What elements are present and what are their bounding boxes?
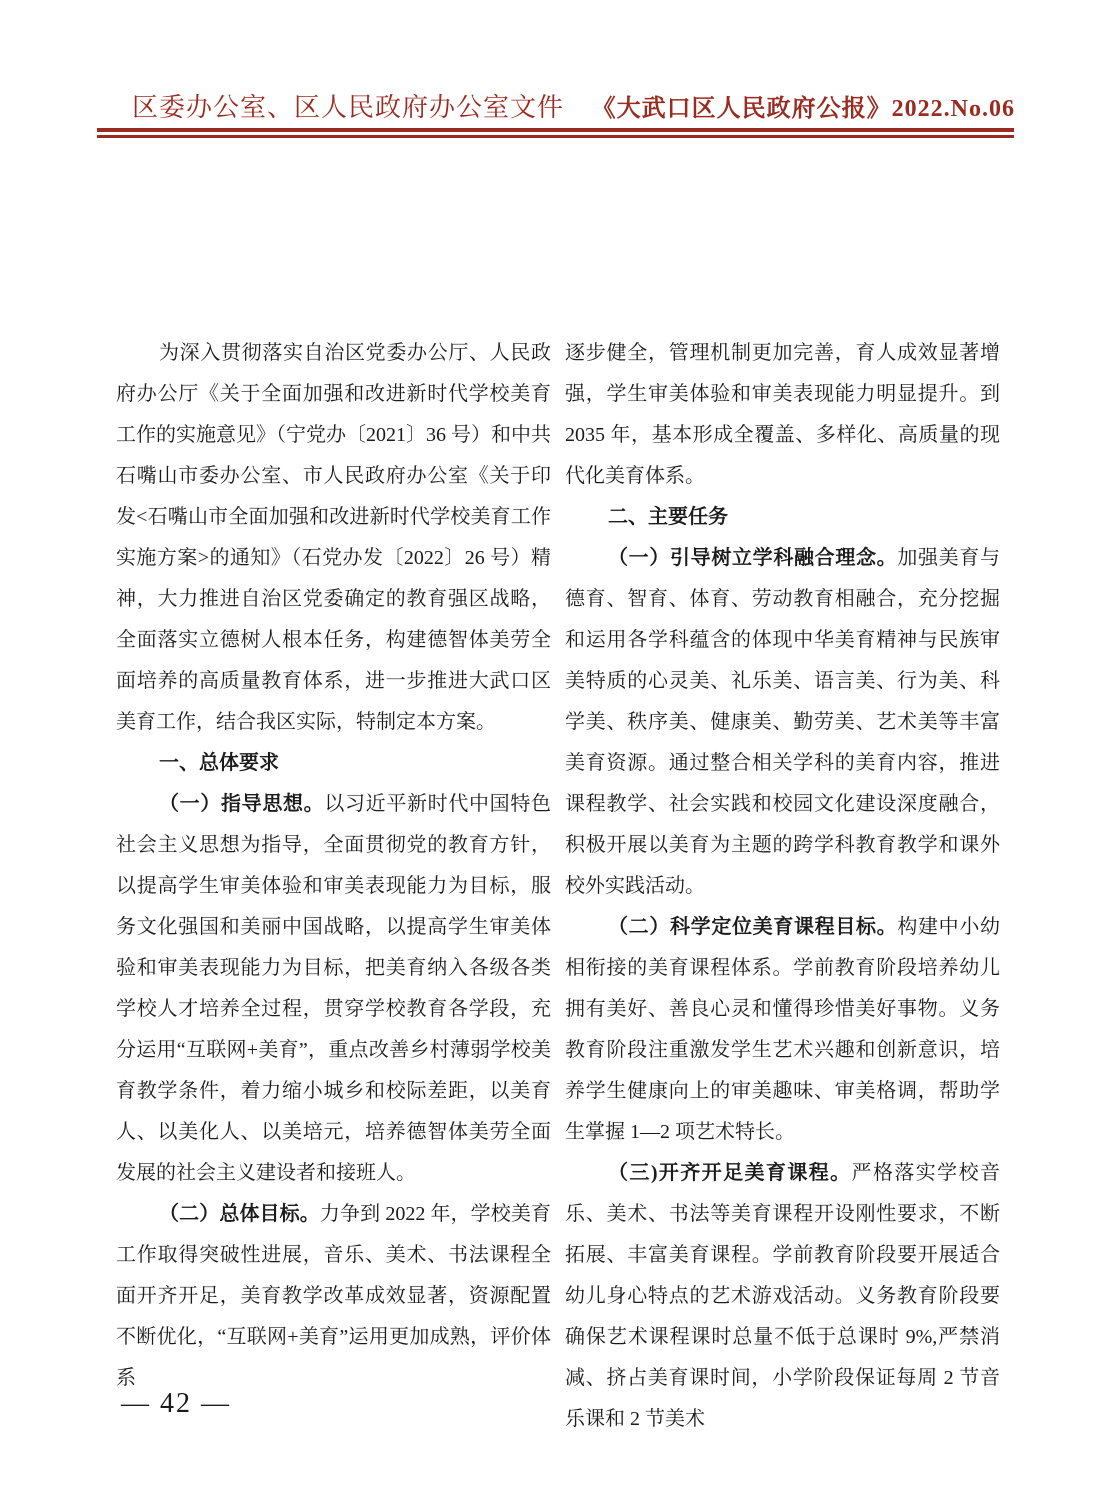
para-overall-goal-lead: （二）总体目标。 — [159, 1203, 320, 1225]
masthead-left-title: 区委办公室、区人民政府办公室文件 — [132, 92, 564, 122]
masthead-double-rule — [97, 128, 1014, 138]
para-subject-integration-lead: （一）引导树立学科融合理念。 — [608, 547, 897, 569]
text-column-left: 为深入贯彻落实自治区党委办公厅、人民政府办公厅《关于全面加强和改进新时代学校美育… — [116, 333, 551, 1399]
para-full-art-courses-lead: （三)开齐开足美育课程。 — [608, 1162, 852, 1184]
section-heading-main-tasks: 二、主要任务 — [565, 497, 1000, 538]
para-curriculum-goals: （二）科学定位美育课程目标。构建中小幼相衔接的美育课程体系。学前教育阶段培养幼儿… — [565, 907, 1000, 1153]
para-guiding-ideology-lead: （一）指导思想。 — [159, 793, 324, 815]
text-column-right: 逐步健全，管理机制更加完善，育人成效显著增强，学生审美体验和审美表现能力明显提升… — [565, 333, 1000, 1440]
masthead-right-title: 《大武口区人民政府公报》2022.No.06 — [592, 95, 1015, 123]
para-curriculum-goals-lead: （二）科学定位美育课程目标。 — [608, 916, 897, 938]
para-guiding-ideology: （一）指导思想。以习近平新时代中国特色社会主义思想为指导，全面贯彻党的教育方针，… — [116, 784, 551, 1194]
para-full-art-courses: （三)开齐开足美育课程。严格落实学校音乐、美术、书法等美育课程开设刚性要求，不断… — [565, 1153, 1000, 1440]
para-overall-goal-continuation: 逐步健全，管理机制更加完善，育人成效显著增强，学生审美体验和审美表现能力明显提升… — [565, 333, 1000, 497]
gazette-page: { "colors": { "masthead_red": "#9a2b20",… — [0, 0, 1105, 1489]
para-overall-goal: （二）总体目标。力争到 2022 年，学校美育工作取得突破性进展，音乐、美术、书… — [116, 1194, 551, 1399]
para-subject-integration: （一）引导树立学科融合理念。加强美育与德育、智育、体育、劳动教育相融合，充分挖掘… — [565, 538, 1000, 907]
intro-paragraph: 为深入贯彻落实自治区党委办公厅、人民政府办公厅《关于全面加强和改进新时代学校美育… — [116, 333, 551, 743]
section-heading-overall-requirements: 一、总体要求 — [116, 743, 551, 784]
page-number: — 42 — — [121, 1387, 231, 1421]
